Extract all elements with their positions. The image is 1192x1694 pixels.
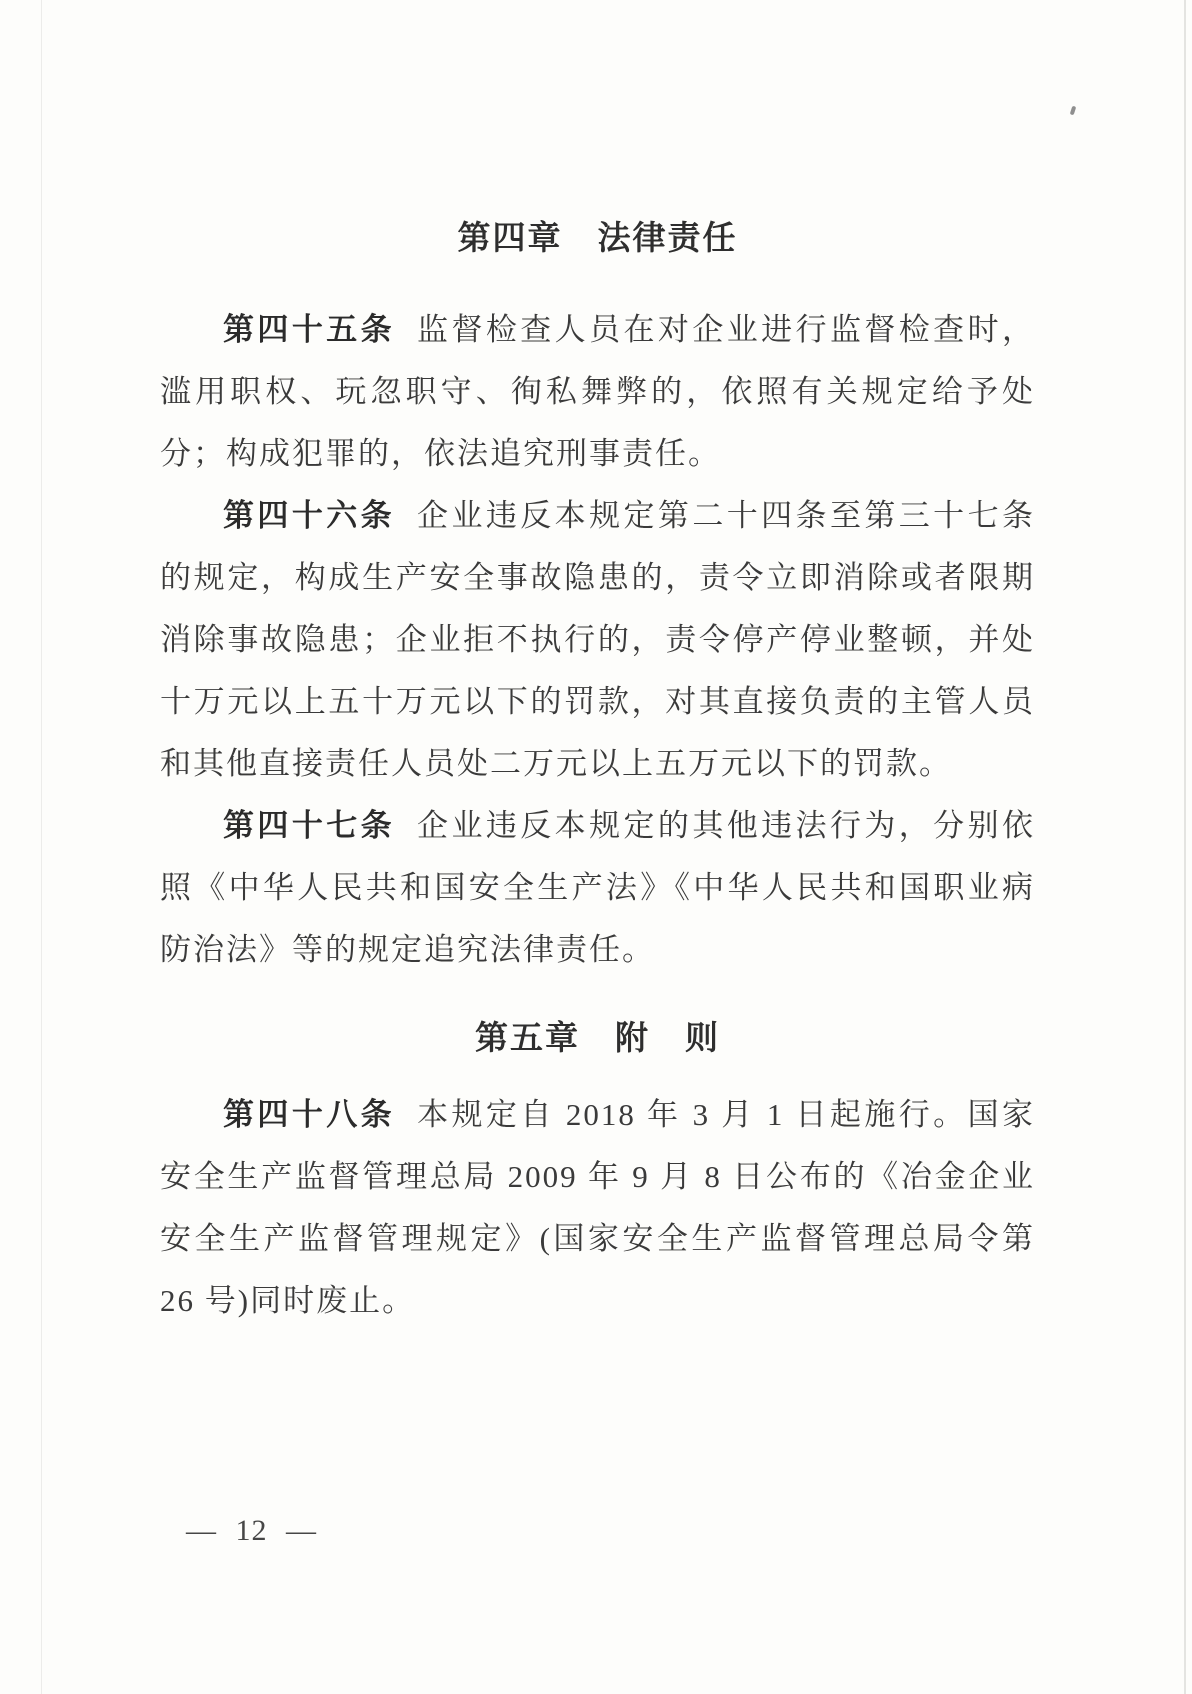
article-45-number: 第四十五条: [223, 312, 395, 347]
scanned-document-page: 第四章 法律责任 第四十五条监督检查人员在对企业进行监督检查时，滥用职权、玩忽职…: [0, 0, 1192, 1694]
article-45: 第四十五条监督检查人员在对企业进行监督检查时，滥用职权、玩忽职守、徇私舞弊的，依…: [160, 299, 1035, 485]
page-number: — 12 —: [186, 1514, 317, 1548]
chapter-4-heading: 第四章 法律责任: [160, 219, 1035, 259]
article-48: 第四十八条本规定自 2018 年 3 月 1 日起施行。国家安全生产监督管理总局…: [160, 1084, 1035, 1332]
scan-page-edge: [1184, 0, 1186, 1694]
article-46: 第四十六条企业违反本规定第二十四条至第三十七条的规定，构成生产安全事故隐患的，责…: [160, 485, 1035, 795]
scan-ink-speck: [1070, 106, 1077, 116]
document-body: 第四章 法律责任 第四十五条监督检查人员在对企业进行监督检查时，滥用职权、玩忽职…: [160, 219, 1035, 1332]
article-46-text: 企业违反本规定第二十四条至第三十七条的规定，构成生产安全事故隐患的，责令立即消除…: [160, 498, 1035, 781]
article-48-number: 第四十八条: [223, 1097, 395, 1132]
article-47: 第四十七条企业违反本规定的其他违法行为，分别依照《中华人民共和国安全生产法》《中…: [160, 795, 1035, 981]
article-46-number: 第四十六条: [223, 498, 395, 533]
scan-fold-line: [41, 0, 42, 1694]
chapter-5-heading: 第五章 附 则: [160, 1019, 1035, 1059]
article-47-number: 第四十七条: [223, 808, 395, 843]
